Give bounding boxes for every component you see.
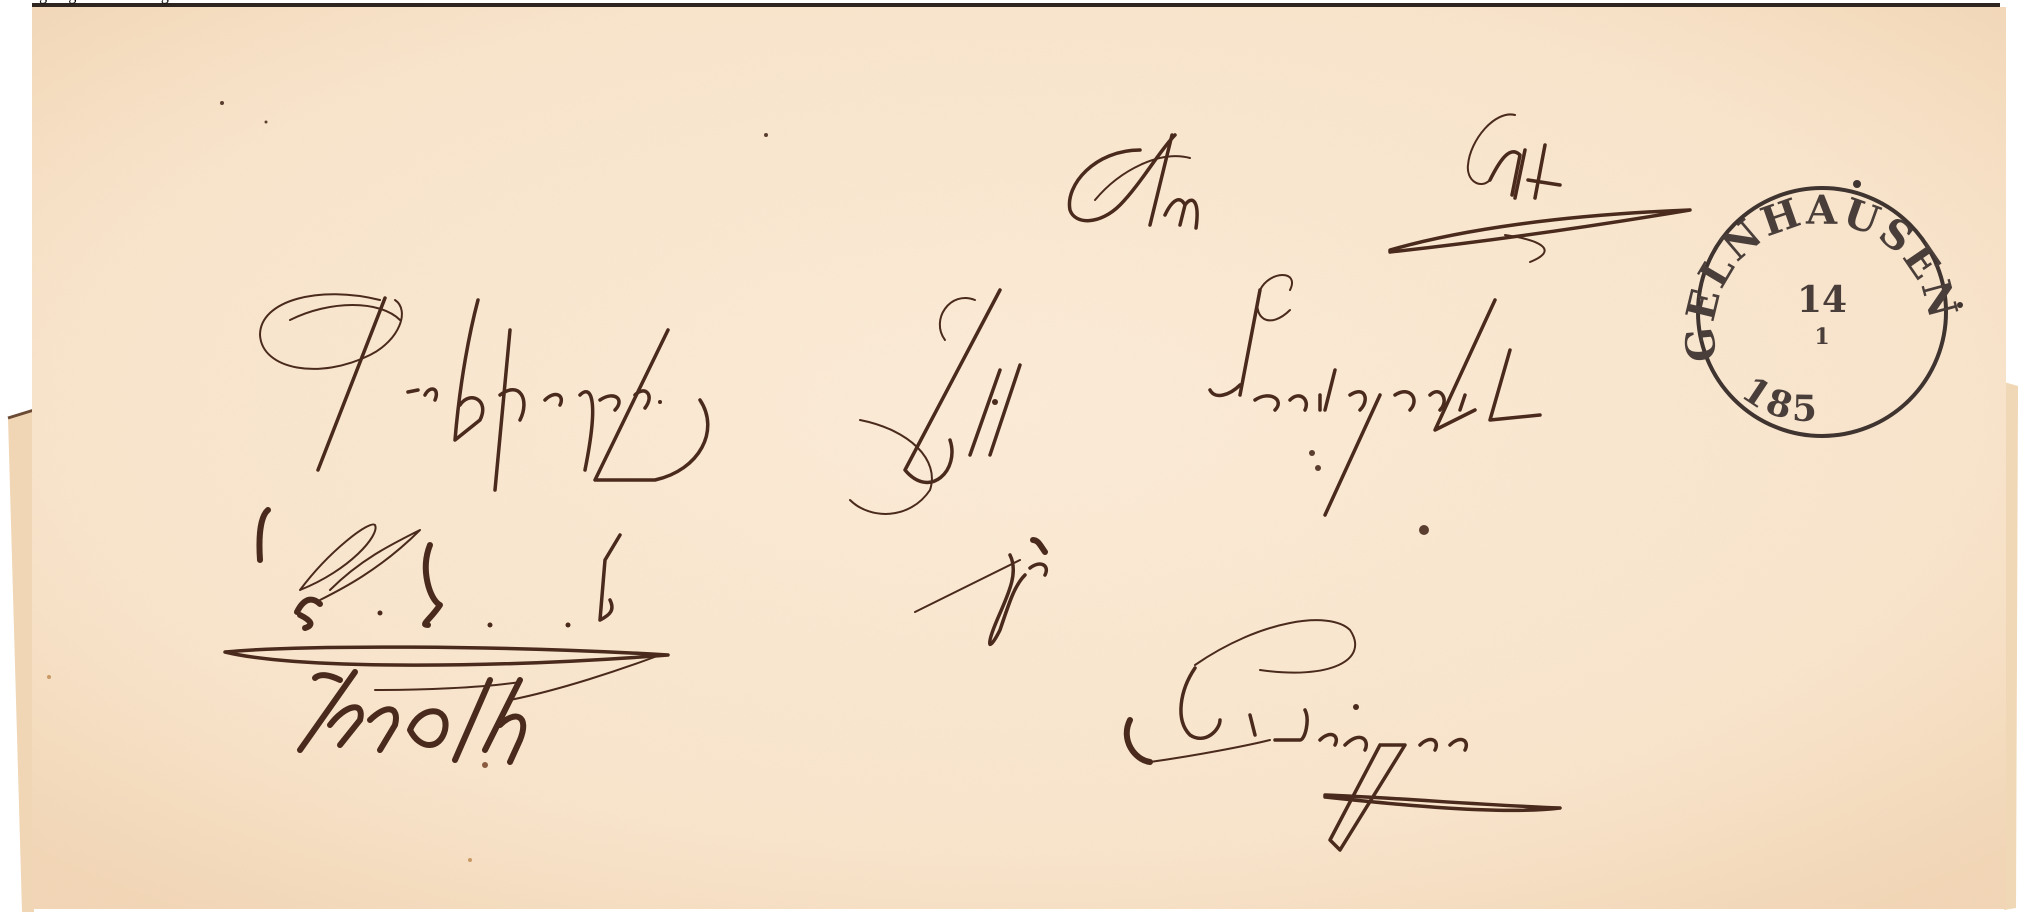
postmark-day: 14 (1797, 279, 1847, 321)
left-back-flap (8, 410, 34, 912)
postmark-month: 1 (1814, 324, 1829, 350)
right-back-flap (2004, 382, 2018, 910)
paper-sheet (32, 5, 2006, 909)
sender-text: Knoth (0, 0, 40, 4)
